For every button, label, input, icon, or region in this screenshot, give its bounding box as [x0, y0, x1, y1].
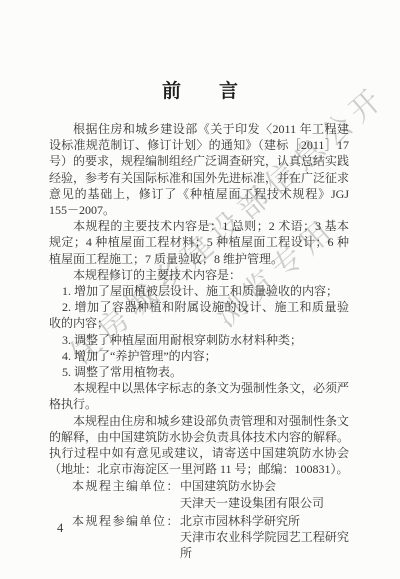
revision-item-5: 5. 调整了常用植物表。: [49, 364, 349, 380]
revision-item-3: 3. 调整了种植屋面用耐根穿刺防水材料种类；: [49, 332, 349, 348]
page-number: 4: [57, 521, 63, 536]
paragraph-basis: 根据住房和城乡建设部《关于印发〈2011 年工程建设标准规范制订、修订计划〉的通…: [49, 121, 349, 218]
paragraph-contents: 本规程的主要技术内容是：1 总则；2 术语；3 基本规定；4 种植屋面工程材料；…: [49, 218, 349, 267]
page-title: 前 言: [0, 76, 400, 103]
revision-item-2: 2. 增加了容器种植和附属设施的设计、施工和质量验收的内容；: [49, 299, 349, 331]
revision-item-1: 1. 增加了屋面植被层设计、施工和质量验收的内容；: [49, 283, 349, 299]
co-editor-value-1: 北京市园林科学研究所: [180, 513, 349, 529]
document-page: 住房城乡建设部信息公开 浏览专用 前 言 根据住房和城乡建设部《关于印发〈201…: [0, 0, 400, 579]
co-editor-label: 本规程参编单位：: [49, 513, 180, 529]
paragraph-administration: 本规程由住房和城乡建设部负责管理和对强制性条文的解释，由中国建筑防水协会负责具体…: [49, 413, 349, 478]
revision-item-4: 4. 增加了“养护管理”的内容；: [49, 348, 349, 364]
co-editor-value-2: 天津市农业科学院园艺工程研究所: [180, 529, 349, 561]
co-editor-row: 本规程参编单位： 北京市园林科学研究所 天津市农业科学院园艺工程研究所: [49, 513, 349, 562]
editor-units: 本规程主编单位： 中国建筑防水协会 天津天一建设集团有限公司 本规程参编单位： …: [49, 478, 349, 561]
chief-editor-label: 本规程主编单位：: [49, 478, 180, 494]
chief-editor-row: 本规程主编单位： 中国建筑防水协会 天津天一建设集团有限公司: [49, 478, 349, 510]
chief-editor-value-2: 天津天一建设集团有限公司: [180, 495, 324, 511]
chief-editor-value-1: 中国建筑防水协会: [180, 478, 324, 494]
paragraph-mandatory-provisions: 本规程中以黑体字标志的条文为强制性条文，必须严格执行。: [49, 380, 349, 412]
co-editor-values: 北京市园林科学研究所 天津市农业科学院园艺工程研究所: [180, 513, 349, 562]
foreword-body: 根据住房和城乡建设部《关于印发〈2011 年工程建设标准规范制订、修订计划〉的通…: [49, 121, 349, 561]
chief-editor-values: 中国建筑防水协会 天津天一建设集团有限公司: [180, 478, 324, 510]
paragraph-revisions-heading: 本规程修订的主要技术内容是：: [49, 267, 349, 283]
